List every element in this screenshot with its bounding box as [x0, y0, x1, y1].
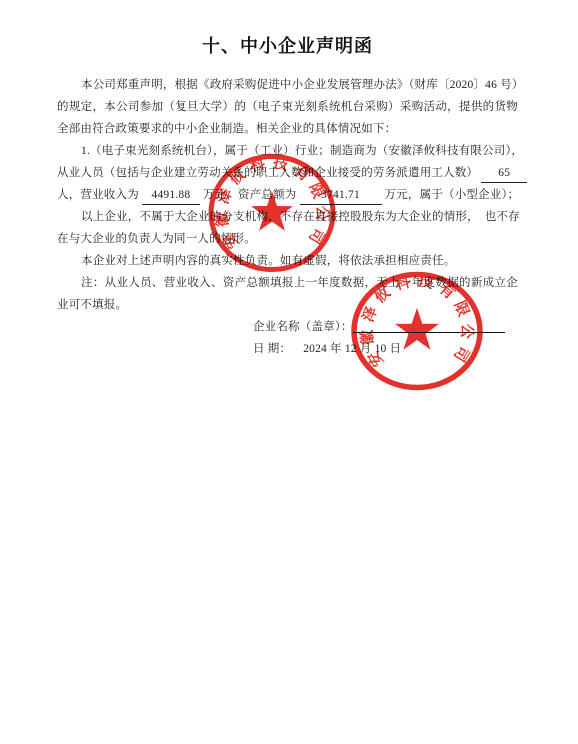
date-label: 日 期：	[253, 343, 291, 355]
paragraph4-line1: 本企业对上述声明内容的真实性负责。如有虚假，将依法承担相应责任。	[57, 250, 518, 272]
date-row: 日 期：2024 年 12 月 10 日	[253, 338, 518, 360]
paragraph1-line1: 本公司郑重声明，根据《政府采购促进中小企业发展管理办法》（财库〔2020〕46 …	[57, 74, 518, 96]
employees-blank: 65	[481, 164, 527, 183]
paragraph2-line2-text: 从业人员（包括与企业建立劳动关系的职工人数和企业接受的劳务派遣用工人数）	[57, 167, 478, 179]
paragraph1-line3: 全部由符合政策要求的中小企业制造。相关企业的具体情况如下：	[57, 118, 518, 140]
note-line1: 注：从业人员、营业收入、资产总额填报上一年度数据，无上一年度数据的新成立企	[57, 272, 518, 294]
company-name-label: 企业名称（盖章）：	[253, 321, 353, 333]
enterprise-type-text: 万元，属于（小型企业）；	[385, 189, 520, 201]
revenue-label: 人，营业收入为	[57, 189, 139, 201]
paragraph3-line2: 在与大企业的负责人为同一人的情形。	[57, 228, 518, 250]
date-value: 2024 年 12 月 10 日	[303, 343, 401, 355]
paragraph1-line2: 的规定，本公司参加（复旦大学）的（电子束光刻系统机台采购）采购活动，提供的货物	[57, 96, 518, 118]
assets-label: 万元，资产总额为	[203, 189, 297, 201]
paragraph2-line1: 1.（电子束光刻系统机台），属于（工业）行业；制造商为（安徽泽攸科技有限公司），	[57, 140, 518, 162]
company-name-blank-line	[353, 320, 505, 333]
paragraph2-line2: 从业人员（包括与企业建立劳动关系的职工人数和企业接受的劳务派遣用工人数）65	[57, 162, 518, 184]
paragraph3-line1: 以上企业，不属于大企业的分支机构，不存在直接控股股东为大企业的情形， 也不存	[57, 206, 518, 228]
page-title: 十、中小企业声明函	[57, 34, 518, 58]
declaration-document: 十、中小企业声明函 本公司郑重声明，根据《政府采购促进中小企业发展管理办法》（财…	[57, 34, 518, 360]
assets-blank: 3741.71	[300, 186, 382, 205]
revenue-blank: 4491.88	[142, 186, 200, 205]
company-name-row: 企业名称（盖章）：	[253, 316, 518, 338]
note-line2: 业可不填报。	[57, 294, 518, 316]
declaration-page: 十、中小企业声明函 本公司郑重声明，根据《政府采购促进中小企业发展管理办法》（财…	[0, 0, 578, 744]
paragraph2-line3: 人，营业收入为4491.88万元，资产总额为3741.71万元，属于（小型企业）…	[57, 184, 518, 206]
